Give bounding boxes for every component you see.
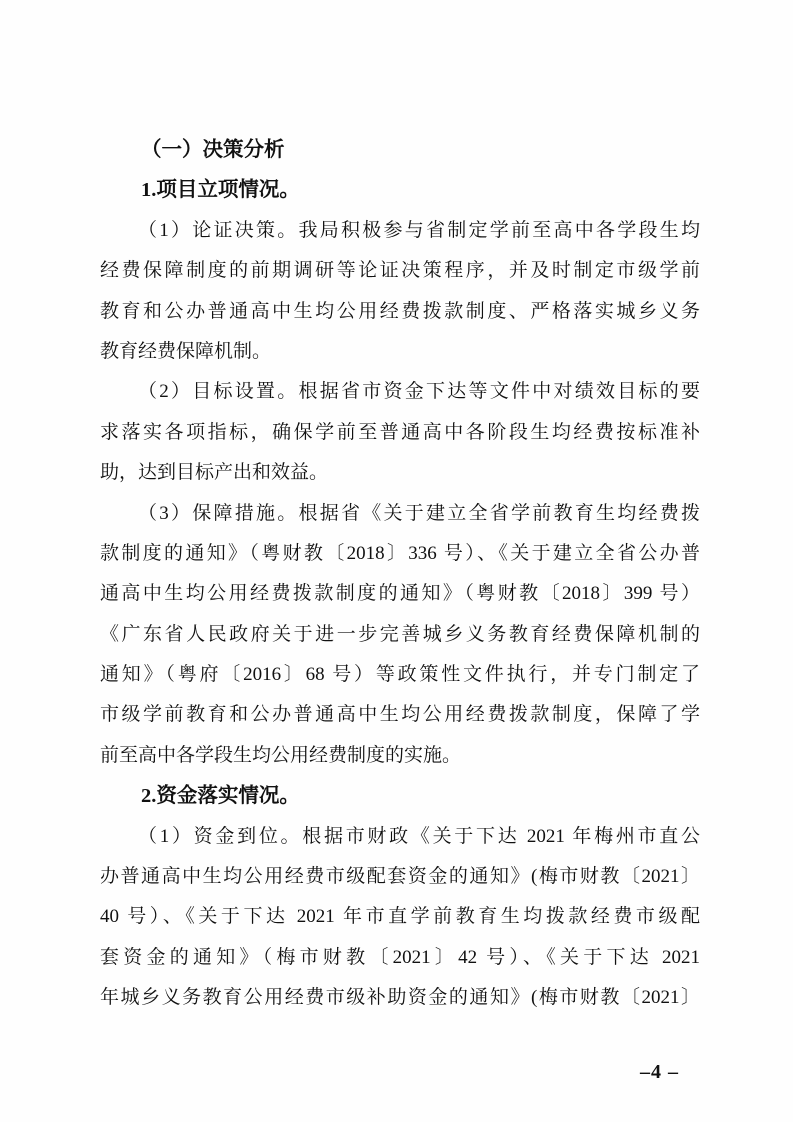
text-line: 教育经费保障机制。 [100, 332, 700, 372]
paragraph: （1）论证决策。我局积极参与省制定学前至高中各学段生均经费保障制度的前期调研等论… [100, 211, 700, 373]
paragraph: （2）目标设置。根据省市资金下达等文件中对绩效目标的要求落实各项指标，确保学前至… [100, 372, 700, 493]
section-heading: 2.资金落实情况。 [100, 776, 700, 816]
text-line: 通知》（粤府〔2016〕68 号）等政策性文件执行，并专门制定了 [100, 655, 700, 695]
text-line: 《广东省人民政府关于进一步完善城乡义务教育经费保障机制的 [100, 615, 700, 655]
text-line: 办普通高中生均公用经费市级配套资金的通知》(梅市财教〔2021〕 [100, 857, 700, 897]
paragraph: （1）资金到位。根据市财政《关于下达 2021 年梅州市直公办普通高中生均公用经… [100, 817, 700, 1019]
text-line: 教育和公办普通高中生均公用经费拨款制度、严格落实城乡义务 [100, 292, 700, 332]
text-line: （3）保障措施。根据省《关于建立全省学前教育生均经费拨 [100, 494, 700, 534]
text-line: 年城乡义务教育公用经费市级补助资金的通知》(梅市财教〔2021〕 [100, 978, 700, 1018]
text-line: 前至高中各学段生均公用经费制度的实施。 [100, 736, 700, 776]
text-line: （1）论证决策。我局积极参与省制定学前至高中各学段生均 [100, 211, 700, 251]
text-line: 套资金的通知》（梅市财教〔2021〕42 号）、《关于下达 2021 [100, 938, 700, 978]
heading-line: 2.资金落实情况。 [100, 776, 700, 816]
paragraph: （3）保障措施。根据省《关于建立全省学前教育生均经费拨款制度的通知》（粤财教〔2… [100, 494, 700, 777]
text-line: 助，达到目标产出和效益。 [100, 453, 700, 493]
document-body: （一）决策分析1.项目立项情况。（1）论证决策。我局积极参与省制定学前至高中各学… [100, 130, 700, 1019]
text-line: 求落实各项指标，确保学前至普通高中各阶段生均经费按标准补 [100, 413, 700, 453]
text-line: 40 号）、《关于下达 2021 年市直学前教育生均拨款经费市级配 [100, 897, 700, 937]
section-heading: （一）决策分析 [100, 130, 700, 170]
section-heading: 1.项目立项情况。 [100, 170, 700, 210]
text-line: 款制度的通知》（粤财教〔2018〕336 号）、《关于建立全省公办普 [100, 534, 700, 574]
text-line: （2）目标设置。根据省市资金下达等文件中对绩效目标的要 [100, 372, 700, 412]
text-line: 市级学前教育和公办普通高中生均公用经费拨款制度，保障了学 [100, 695, 700, 735]
text-line: 经费保障制度的前期调研等论证决策程序，并及时制定市级学前 [100, 251, 700, 291]
heading-line: （一）决策分析 [100, 130, 700, 170]
heading-line: 1.项目立项情况。 [100, 170, 700, 210]
text-line: 通高中生均公用经费拨款制度的通知》（粤财教〔2018〕399 号） [100, 574, 700, 614]
page-number: –4 – [640, 1057, 700, 1087]
document-page: （一）决策分析1.项目立项情况。（1）论证决策。我局积极参与省制定学前至高中各学… [0, 0, 793, 1122]
text-line: （1）资金到位。根据市财政《关于下达 2021 年梅州市直公 [100, 817, 700, 857]
